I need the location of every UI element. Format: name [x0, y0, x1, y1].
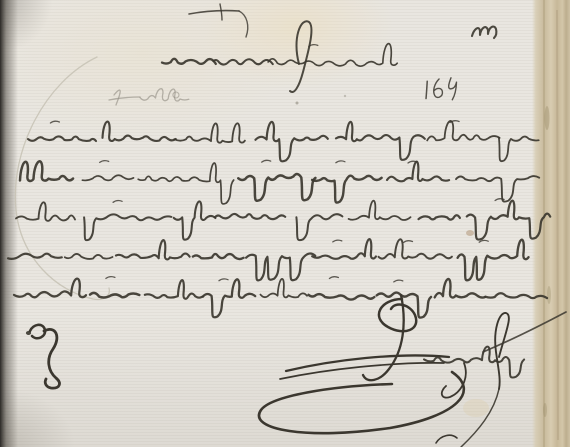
- signature: Vanzedo: [259, 295, 566, 447]
- body-line: q[ue] el negocio es de mucha calydad sup…: [8, 239, 529, 280]
- gutter-shadow: [0, 0, 18, 447]
- margin-mark: rubric squiggle: [26, 325, 60, 388]
- folio-number: 164: [424, 77, 458, 102]
- pencil-note: Leg.º: [109, 89, 189, 105]
- signature-name-strokes: [424, 347, 524, 378]
- flourish-circle: [15, 57, 109, 299]
- manuscript-page-photo: + m muy poderoso señor 164 Leg.º Ju[an] …: [0, 0, 570, 447]
- manuscript-drawing: + m muy poderoso señor 164 Leg.º Ju[an] …: [0, 0, 570, 447]
- page-edge: [532, 0, 570, 447]
- invocation-cross-mark: +: [189, 4, 248, 37]
- corner-letter-m: m: [472, 27, 496, 38]
- heading-line: muy poderoso señor: [162, 21, 397, 92]
- body-line: a V. A. de mande q[ue] se haga el myno d…: [14, 277, 547, 318]
- body-line: Ju[an] de Vanzedo en no[mbr]e de la cibd…: [28, 121, 539, 162]
- body-line: de Sevilla en el pleyto q[ue] trata con …: [20, 160, 539, 204]
